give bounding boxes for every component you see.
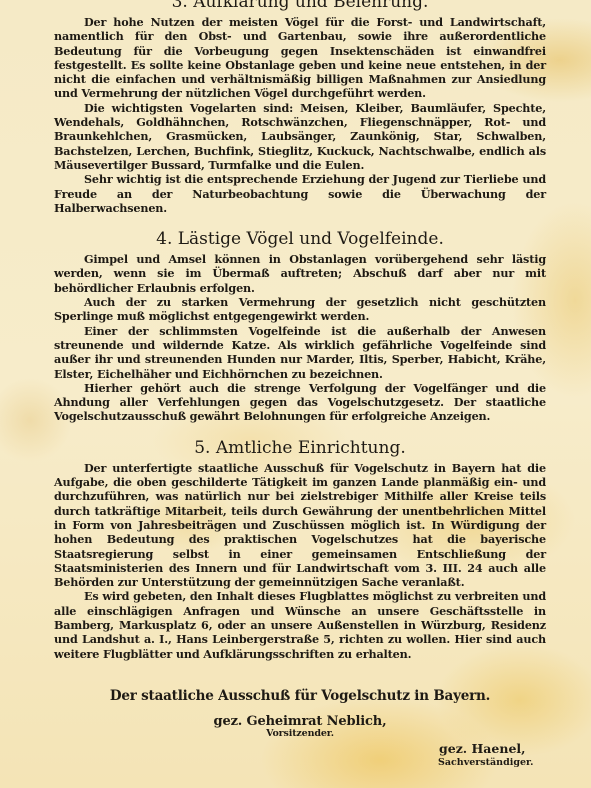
section-3-paragraph: Sehr wichtig ist die entsprechende Erzie… xyxy=(54,172,546,215)
section-4-heading: 4. Lästige Vögel und Vogelfeinde. xyxy=(54,229,546,249)
signer-expert-name: gez. Haenel, xyxy=(439,741,526,756)
section-4-paragraph: Auch der zu starken Vermehrung der geset… xyxy=(54,295,546,324)
section-3-paragraph: Der hohe Nutzen der meisten Vögel für di… xyxy=(54,15,546,101)
issuing-organization: Der staatliche Ausschuß für Vogelschutz … xyxy=(54,689,546,703)
section-4-paragraph: Einer der schlimmsten Vogelfeinde ist di… xyxy=(54,324,546,381)
section-4-paragraph: Gimpel und Amsel können in Obstanlagen v… xyxy=(54,252,546,295)
leaflet-body: 3. Aufklärung und Belehrung. Der hohe Nu… xyxy=(54,0,546,742)
section-5-paragraph: Der unterfertigte staatliche Ausschuß fü… xyxy=(54,461,546,590)
signer-expert-role: Sachverständiger. xyxy=(438,757,533,768)
section-4-paragraph: Hierher gehört auch die strenge Verfolgu… xyxy=(54,381,546,424)
section-3-heading: 3. Aufklärung und Belehrung. xyxy=(54,0,546,12)
section-5-heading: 5. Amtliche Einrichtung. xyxy=(54,438,546,458)
section-3-paragraph: Die wichtigsten Vogelarten sind: Meisen,… xyxy=(54,101,546,172)
signer-chairman-role: Vorsitzender. xyxy=(54,727,546,741)
section-5-paragraph: Es wird gebeten, den Inhalt dieses Flugb… xyxy=(54,589,546,660)
